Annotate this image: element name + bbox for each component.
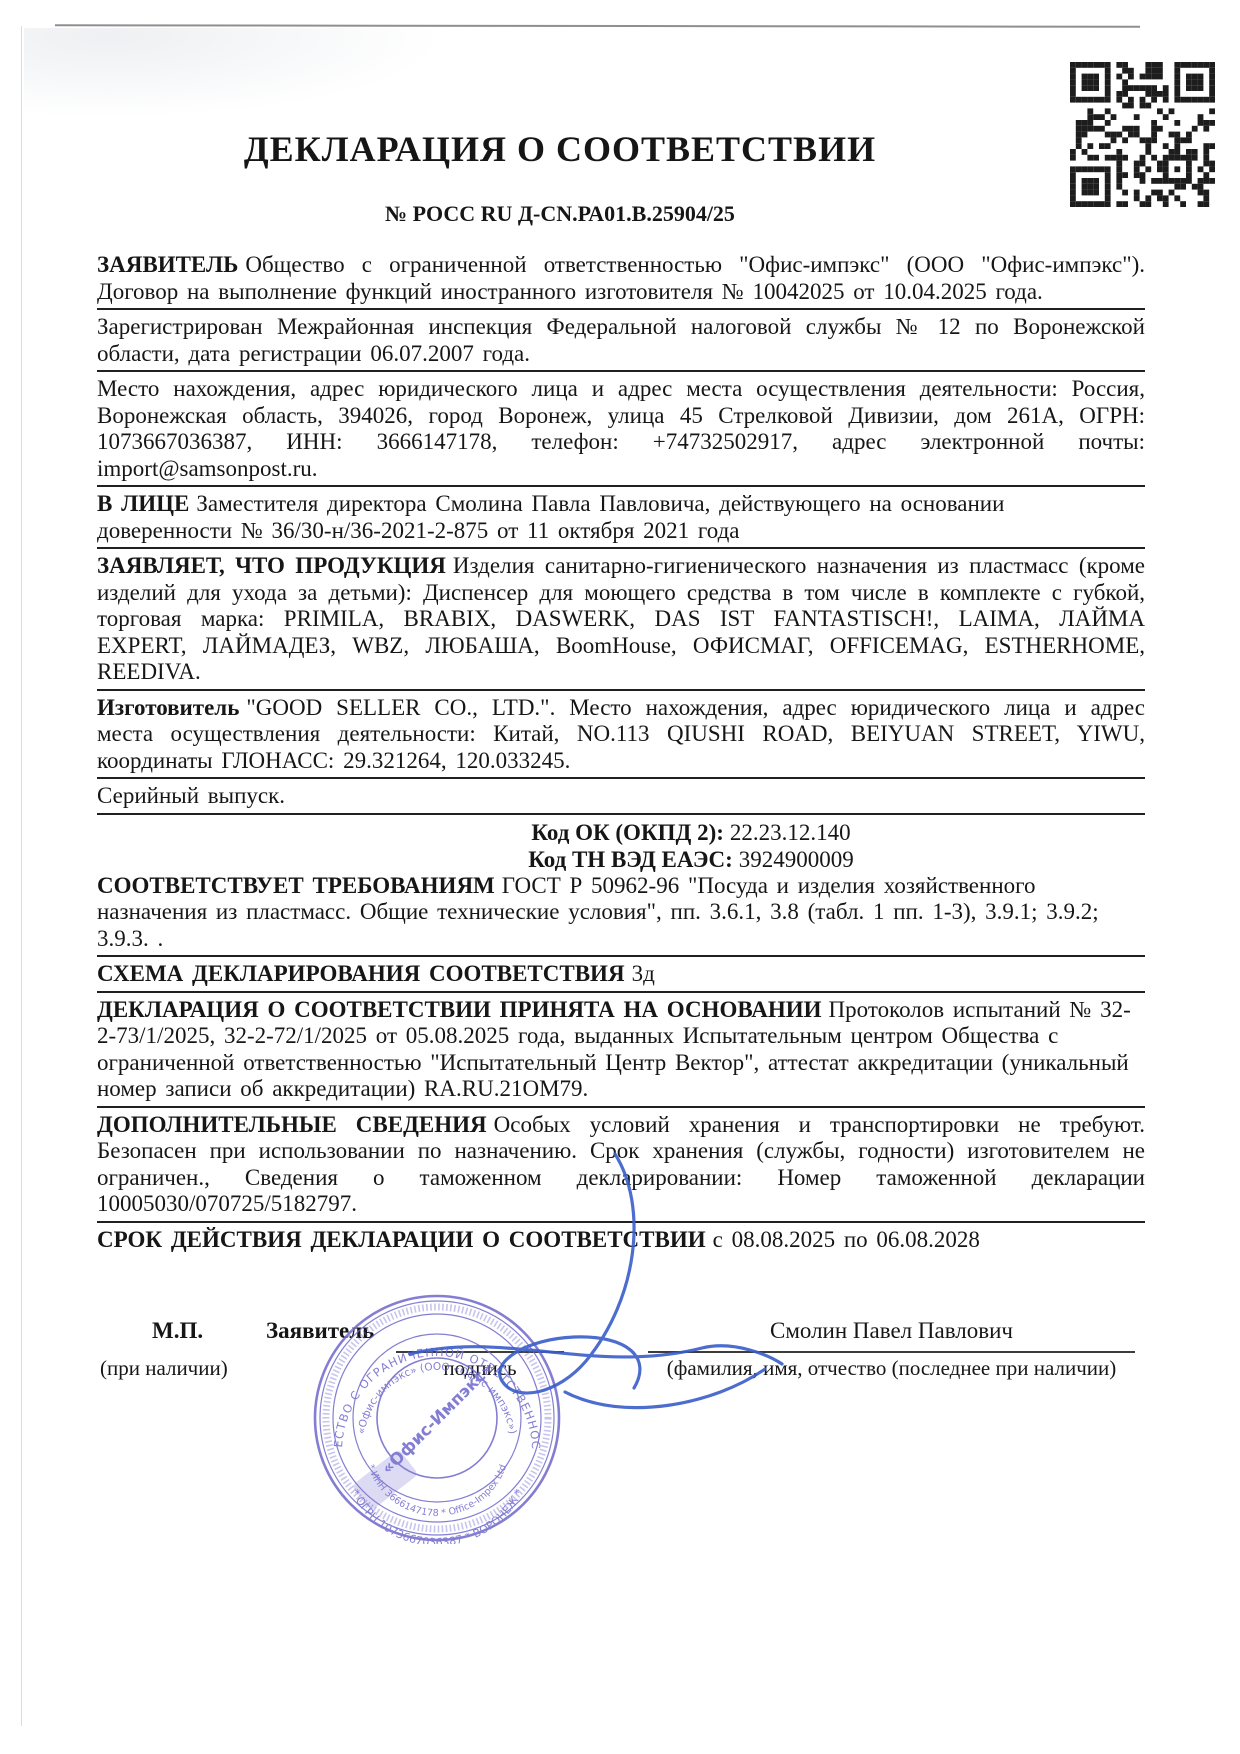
section-label: ДЕКЛАРАЦИЯ О СООТВЕТСТВИИ ПРИНЯТА НА ОСН…: [97, 997, 829, 1022]
scan-artifact-left-edge: [21, 26, 22, 1726]
declaration-scheme-line: СХЕМА ДЕКЛАРИРОВАНИЯ СООТВЕТСТВИЯ3д: [97, 961, 1145, 993]
stamp-place-label: М.П.: [152, 1318, 203, 1344]
document-body: ЗАЯВИТЕЛЬОбщество с ограниченной ответст…: [97, 252, 1145, 1253]
okpd-code-line: Код ОК (ОКПД 2):22.23.12.140: [237, 819, 1145, 846]
scan-artifact-smudge: [24, 28, 444, 118]
declaration-basis-paragraph: ДЕКЛАРАЦИЯ О СООТВЕТСТВИИ ПРИНЯТА НА ОСН…: [97, 997, 1145, 1108]
tnved-code-line: Код ТН ВЭД ЕАЭС:3924900009: [237, 846, 1145, 873]
section-text: Место нахождения, адрес юридического лиц…: [97, 376, 1145, 481]
section-label: ЗАЯВЛЯЕТ, ЧТО ПРОДУКЦИЯ: [97, 553, 453, 578]
serial-production-line: Серийный выпуск.: [97, 783, 1145, 815]
represented-by-paragraph: В ЛИЦЕЗаместителя директора Смолина Павл…: [97, 491, 1145, 549]
stamp-place-note: (при наличии): [100, 1356, 228, 1381]
applicant-paragraph: ЗАЯВИТЕЛЬОбщество с ограниченной ответст…: [97, 252, 1145, 310]
section-label: ЗАЯВИТЕЛЬ: [97, 252, 245, 277]
section-label: ДОПОЛНИТЕЛЬНЫЕ СВЕДЕНИЯ: [97, 1112, 494, 1137]
declaration-document-page: ДЕКЛАРАЦИЯ О СООТВЕТСТВИИ № РОСС RU Д-CN…: [0, 0, 1240, 1754]
conformity-requirements-paragraph: СООТВЕТСТВУЕТ ТРЕБОВАНИЯМГОСТ Р 50962-96…: [97, 873, 1145, 958]
section-text: Серийный выпуск.: [97, 783, 285, 808]
section-label: Изготовитель: [97, 695, 246, 720]
registration-paragraph: Зарегистрирован Межрайонная инспекция Фе…: [97, 314, 1145, 372]
tnved-code-label: Код ТН ВЭД ЕАЭС:: [528, 847, 739, 872]
document-number: № РОСС RU Д-CN.РА01.В.25904/25: [90, 201, 1030, 227]
codes-block: Код ОК (ОКПД 2):22.23.12.140 Код ТН ВЭД …: [97, 819, 1145, 873]
section-text: "GOOD SELLER CO., LTD.". Место нахождени…: [97, 695, 1145, 773]
section-text: Общество с ограниченной ответственностью…: [97, 252, 1145, 304]
okpd-code-label: Код ОК (ОКПД 2):: [531, 820, 730, 845]
manufacturer-paragraph: Изготовитель"GOOD SELLER CO., LTD.". Мес…: [97, 695, 1145, 780]
handwritten-signature: [380, 1140, 810, 1430]
signature-stroke-tail: [565, 1369, 765, 1408]
tnved-code-value: 3924900009: [739, 847, 854, 872]
section-label: СООТВЕТСТВУЕТ ТРЕБОВАНИЯМ: [97, 873, 502, 898]
section-label: СХЕМА ДЕКЛАРИРОВАНИЯ СООТВЕТСТВИЯ: [97, 961, 632, 986]
address-paragraph: Место нахождения, адрес юридического лиц…: [97, 376, 1145, 487]
section-text: 3д: [632, 961, 655, 986]
section-text: Заместителя директора Смолина Павла Павл…: [97, 491, 1004, 543]
section-label: В ЛИЦЕ: [97, 491, 196, 516]
product-declaration-paragraph: ЗАЯВЛЯЕТ, ЧТО ПРОДУКЦИЯИзделия санитарно…: [97, 553, 1145, 691]
qr-code-icon: [1070, 62, 1215, 207]
document-title: ДЕКЛАРАЦИЯ О СООТВЕТСТВИИ: [90, 128, 1030, 170]
section-text: Зарегистрирован Межрайонная инспекция Фе…: [97, 314, 1145, 366]
okpd-code-value: 22.23.12.140: [730, 820, 851, 845]
